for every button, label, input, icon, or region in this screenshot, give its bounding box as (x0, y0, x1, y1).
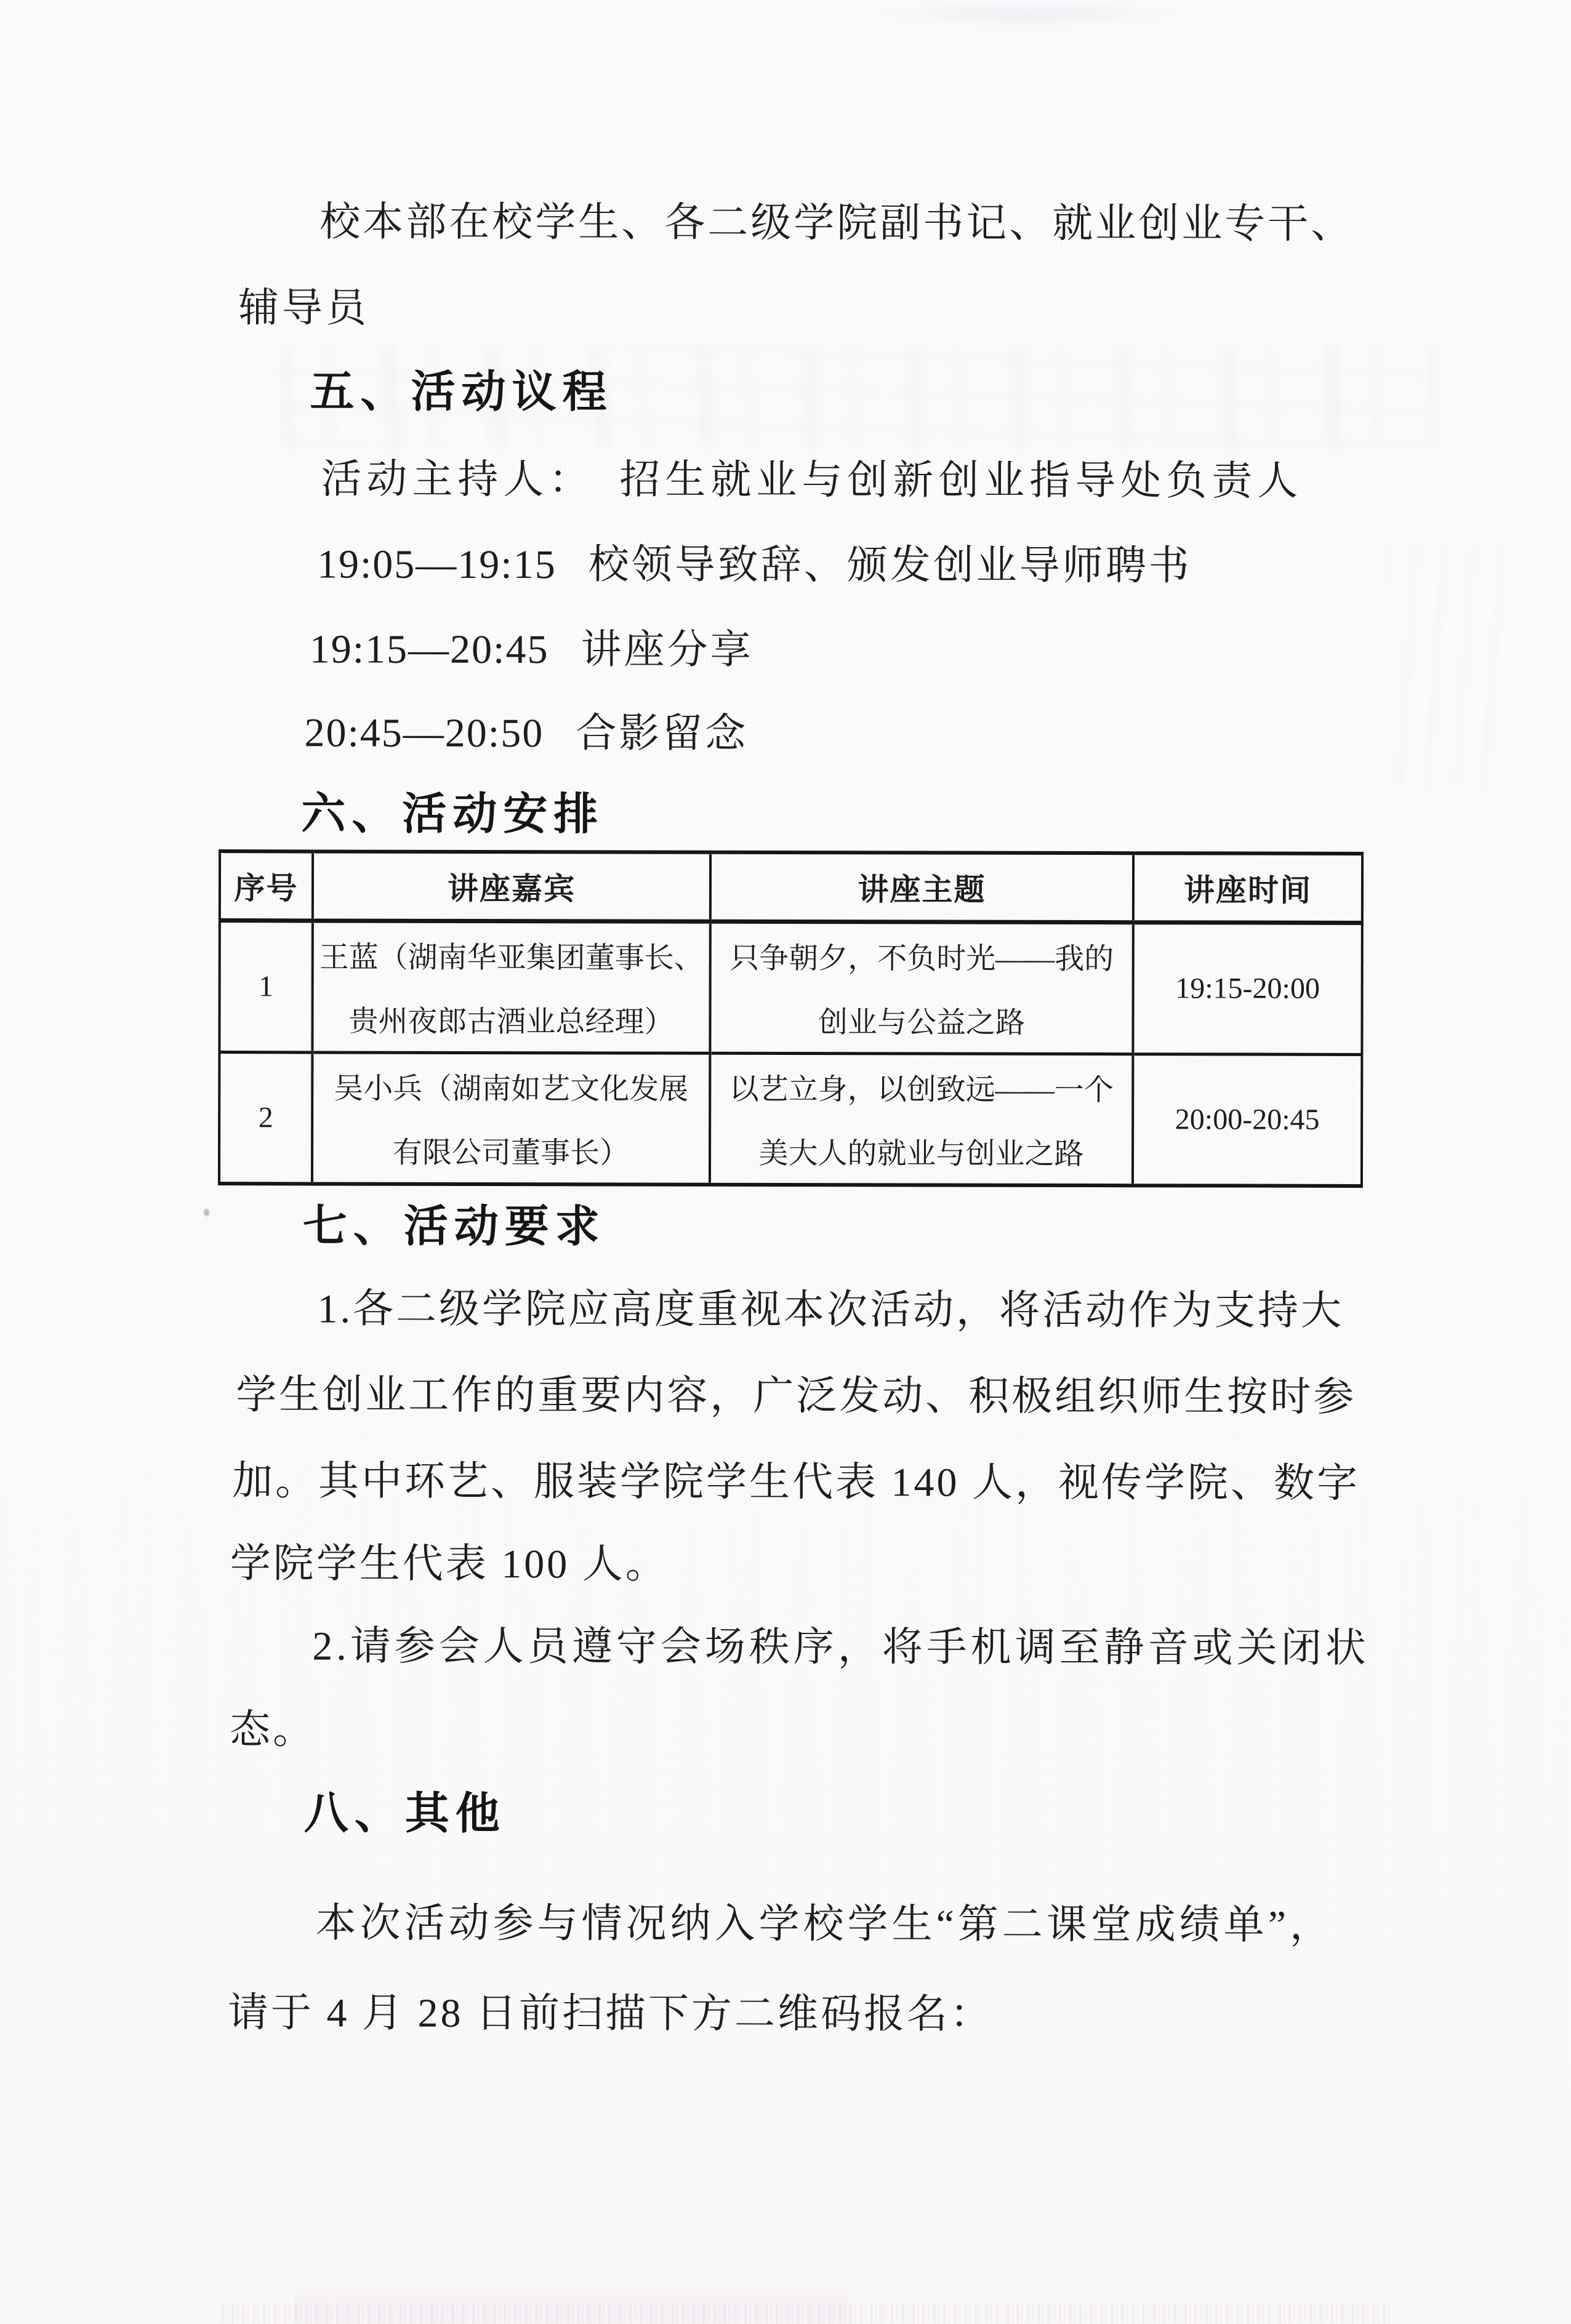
section5-heading: 五、活动议程 (310, 369, 613, 414)
section7-para2-line1: 2.请参会人员遵守会场秩序，将手机调至静音或关闭状 (312, 1626, 1370, 1669)
row2-topic-line1: 以艺立身，以创致远——一个 (711, 1054, 1131, 1119)
row2-guest: 吴小兵（湖南如艺文化发展 有限公司董事长） (312, 1052, 710, 1184)
row2-topic: 以艺立身，以创致远——一个 美大人的就业与创业之路 (710, 1053, 1133, 1185)
row1-topic: 只争朝夕，不负时光——我的 创业与公益之路 (710, 921, 1133, 1054)
section8-para-line1: 本次活动参与情况纳入学校学生“第二课堂成绩单”， (315, 1903, 1334, 1945)
document-content: 校本部在校学生、各二级学院副书记、就业创业专干、 辅导员 五、活动议程 活动主持… (0, 0, 1571, 2324)
row2-topic-line2: 美大人的就业与创业之路 (711, 1118, 1131, 1183)
section7-heading: 七、活动要求 (303, 1204, 606, 1249)
intro-line-1: 校本部在校学生、各二级学院副书记、就业创业专干、 (319, 202, 1354, 245)
row2-guest-line2: 有限公司董事长） (313, 1118, 709, 1182)
row2-time: 20:00-20:45 (1133, 1054, 1362, 1185)
row2-no: 2 (219, 1052, 312, 1184)
schedule-item-3: 合影留念 (576, 711, 748, 756)
section7-para1-line3: 加。其中环艺、服装学院学生代表 140 人，视传学院、数字 (232, 1461, 1360, 1504)
schedule-time-1: 19:05—19:15 (317, 542, 556, 587)
section7-para2-line2: 态。 (230, 1710, 316, 1750)
table-header-guest: 讲座嘉宾 (313, 851, 710, 921)
schedule-item-1: 校领导致辞、颁发创业导师聘书 (589, 542, 1192, 588)
schedule-item-2: 讲座分享 (581, 627, 753, 673)
schedule-line-2: 19:15—20:45讲座分享 (310, 629, 753, 671)
row1-time: 19:15-20:00 (1133, 922, 1362, 1054)
table-row: 1 王蓝（湖南华亚集团董事长、 贵州夜郎古酒业总经理） 只争朝夕，不负时光——我… (219, 920, 1362, 1054)
section7-para1-line4: 学院学生代表 100 人。 (230, 1544, 669, 1585)
schedule-time-3: 20:45—20:50 (304, 710, 544, 756)
section8-heading: 八、其他 (304, 1791, 506, 1836)
row2-guest-line1: 吴小兵（湖南如艺文化发展 (313, 1054, 709, 1118)
table-header-time: 讲座时间 (1133, 853, 1362, 923)
schedule-table: 序号 讲座嘉宾 讲座主题 讲座时间 1 王蓝（湖南华亚集团董事长、 贵州夜郎古酒… (218, 849, 1364, 1187)
row1-topic-line1: 只争朝夕，不负时光——我的 (712, 923, 1132, 988)
table-header-topic: 讲座主题 (710, 852, 1133, 922)
row1-no: 1 (219, 920, 312, 1052)
table-header-no: 序号 (220, 851, 313, 920)
scanned-document-page: 校本部在校学生、各二级学院副书记、就业创业专干、 辅导员 五、活动议程 活动主持… (0, 0, 1571, 2324)
row1-topic-line2: 创业与公益之路 (711, 987, 1131, 1052)
host-line: 活动主持人： 招生就业与创新创业指导处负责人 (321, 459, 1303, 502)
table-row: 2 吴小兵（湖南如艺文化发展 有限公司董事长） 以艺立身，以创致远——一个 美大… (219, 1052, 1362, 1185)
section7-para1-line2: 学生创业工作的重要内容，广泛发动、积极组织师生按时参 (236, 1375, 1356, 1418)
schedule-line-3: 20:45—20:50合影留念 (304, 713, 748, 755)
row1-guest-line1: 王蓝（湖南华亚集团董事长、 (314, 923, 709, 987)
intro-line-2: 辅导员 (238, 288, 369, 329)
section7-para1-line1: 1.各二级学院应高度重视本次活动，将活动作为支持大 (317, 1289, 1344, 1331)
row1-guest-line2: 贵州夜郎古酒业总经理） (313, 987, 709, 1051)
schedule-line-1: 19:05—19:15校领导致辞、颁发创业导师聘书 (317, 544, 1192, 587)
section8-para-line2: 请于 4 月 28 日前扫描下方二维码报名： (228, 1993, 993, 2035)
section6-heading: 六、活动安排 (301, 791, 604, 836)
schedule-time-2: 19:15—20:45 (310, 627, 549, 672)
row1-guest: 王蓝（湖南华亚集团董事长、 贵州夜郎古酒业总经理） (312, 920, 710, 1052)
